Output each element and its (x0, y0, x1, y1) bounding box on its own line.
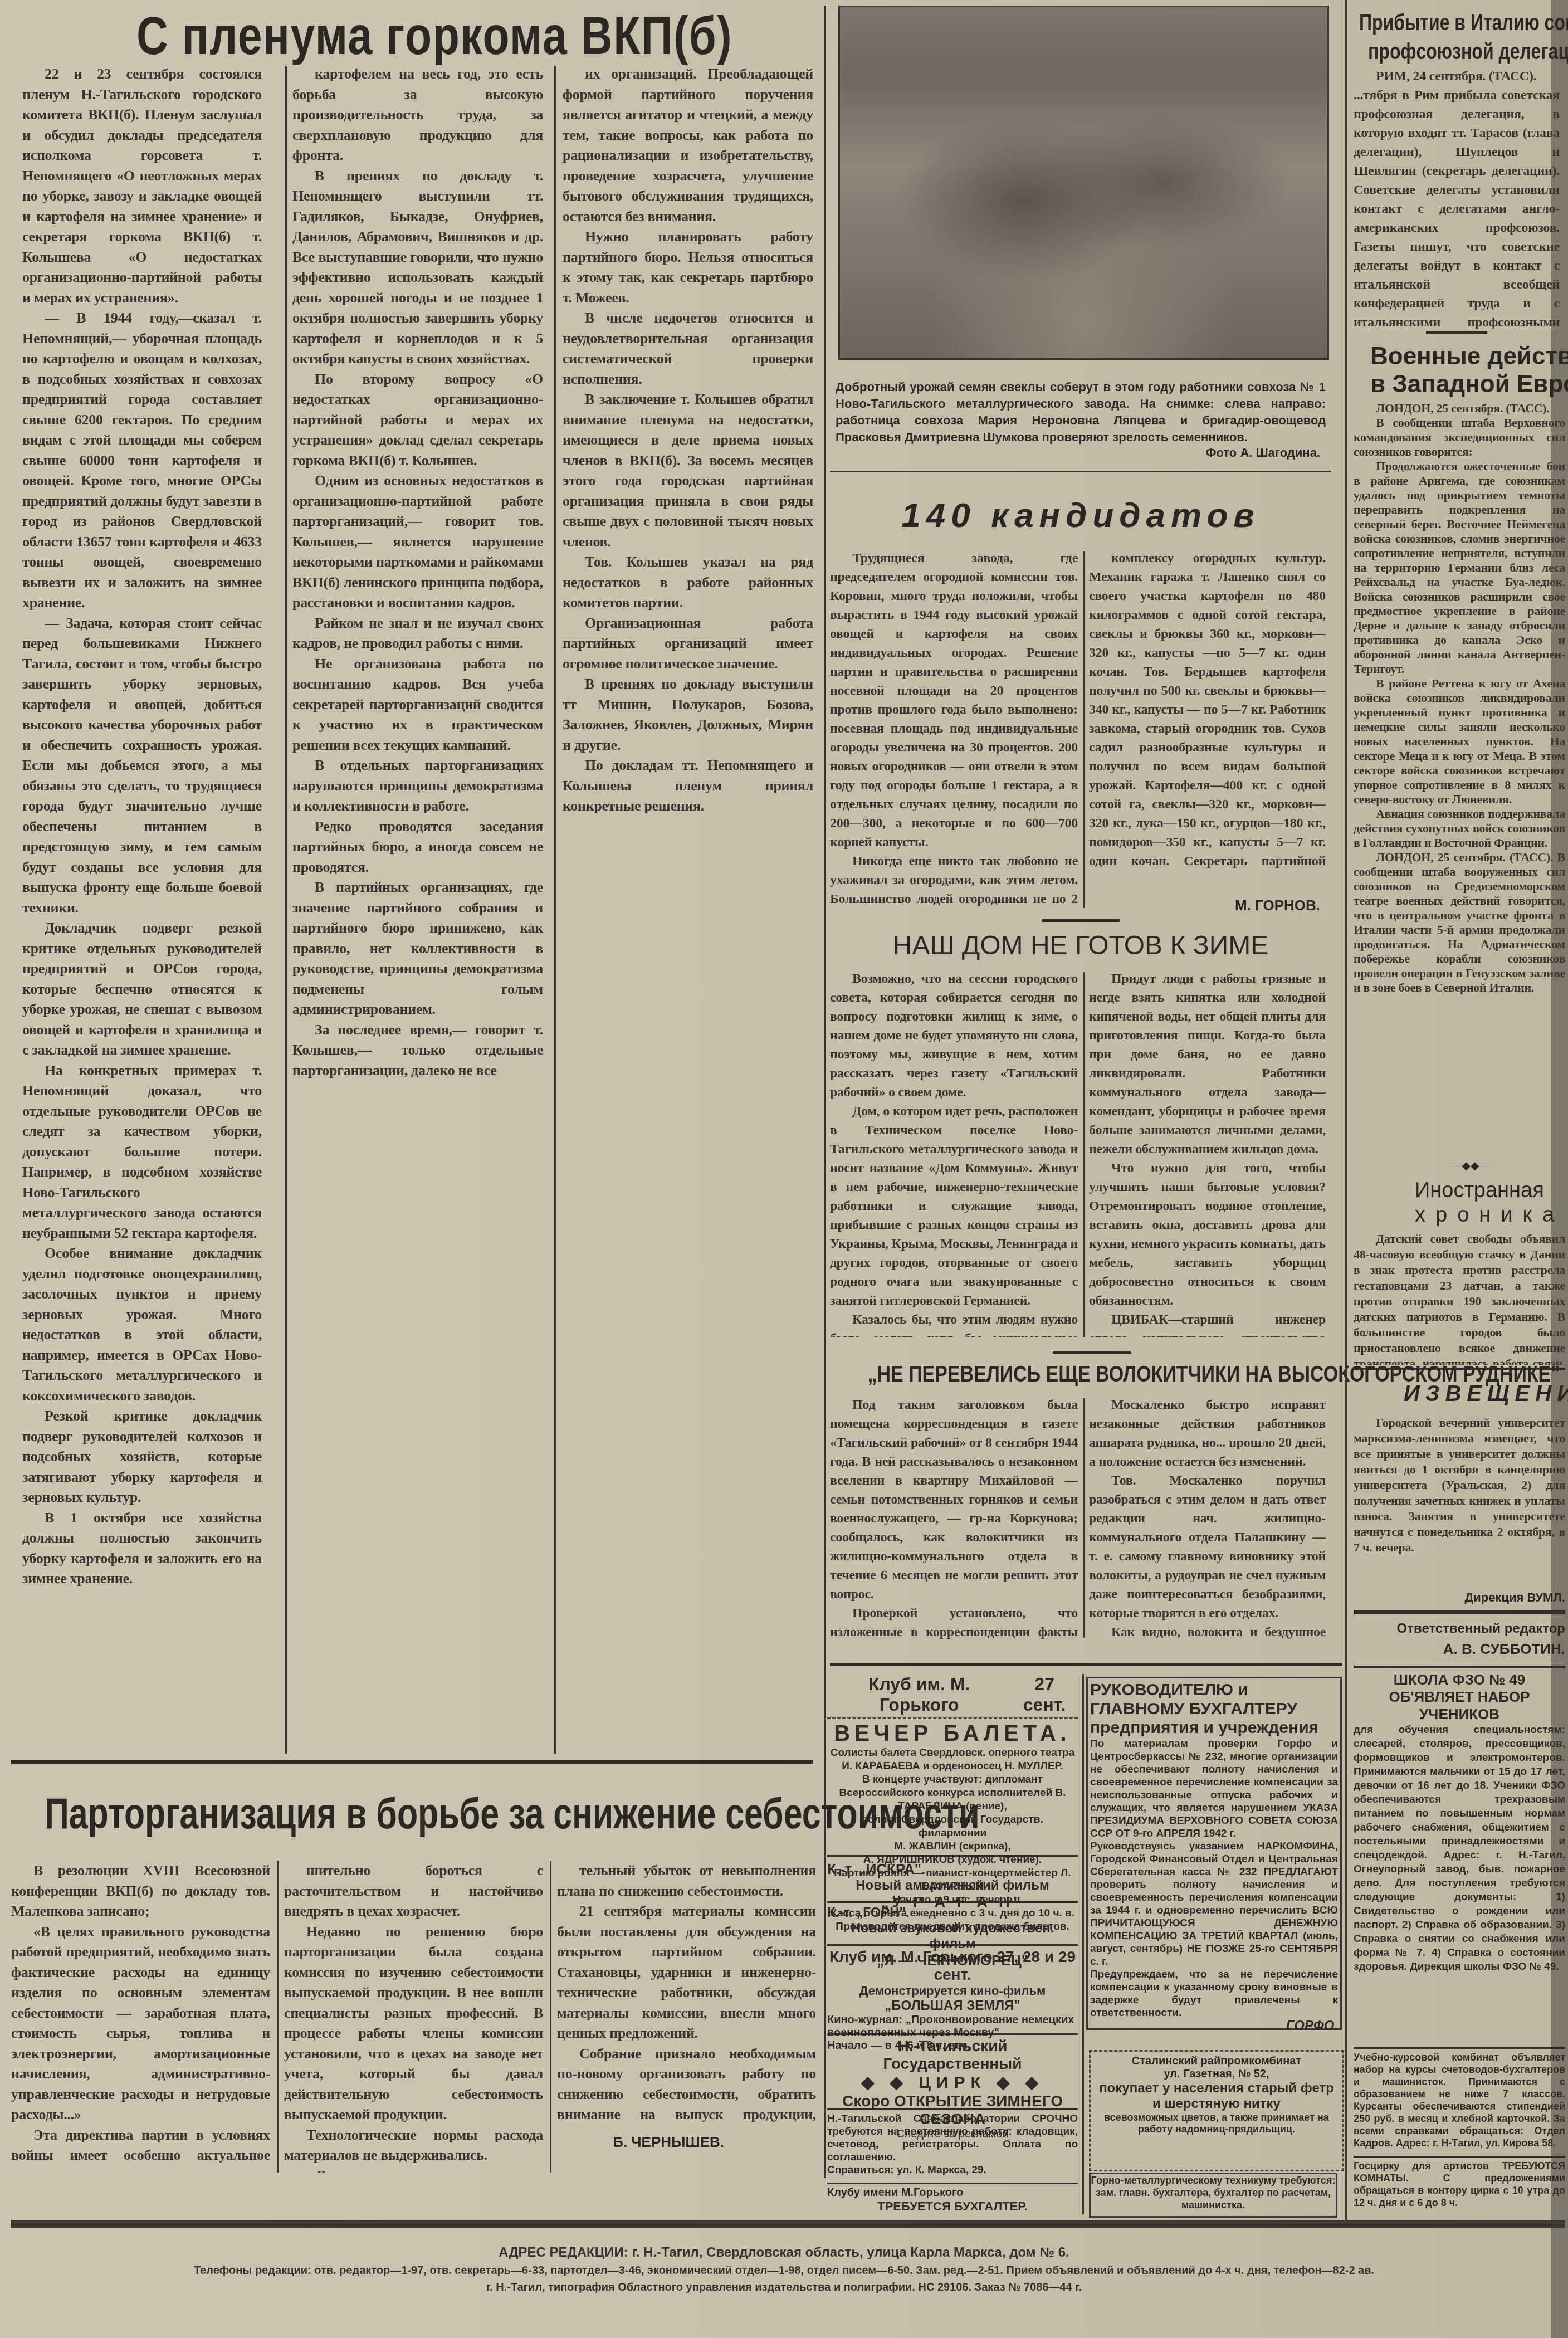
partorg-column-3: тельный убыток от невыполнения плана по … (557, 1861, 816, 2122)
short-divider (1042, 919, 1120, 922)
paragraph: В числе недочетов относится и неудовлетв… (563, 308, 813, 389)
paragraph: Резкой критике докладчик подверг руковод… (22, 1406, 262, 1508)
column-rule (1083, 1398, 1085, 1638)
photo-caption: Добротный урожай семян свеклы соберут в … (836, 379, 1326, 446)
gorky-film-line: Демонстрируется кино-фильм (827, 1984, 1078, 1998)
column-rule (550, 1861, 551, 2173)
candidates-headline: 140 кандидатов (836, 496, 1326, 535)
paragraph: Райком не знал и не изучал своих кадров,… (292, 613, 543, 654)
paragraph: Продолжаются ожесточенные бои в районе А… (1354, 459, 1565, 676)
paragraph: В 1 октября все хозяйства должны полност… (22, 1508, 262, 1589)
italy-headline: Прибытие в Италию советской профсоюзной … (1359, 8, 1546, 66)
candidates-column-2: комплексу огородных культур. Механик гар… (1089, 549, 1326, 877)
ad-divider (1354, 2047, 1565, 2049)
paragraph: Тов. Москаленко поручил разобраться с эт… (1089, 1471, 1326, 1623)
paragraph: Редко проводятся заседания партийных бюр… (292, 817, 543, 878)
paragraph: ЦВИБАК—старший инженер отдела капитально… (1089, 1310, 1326, 1337)
editor-label: Ответственный редактор (1354, 1621, 1565, 1637)
gorfo-headline: РУКОВОДИТЕЛЮ и ГЛАВНОМУ БУХГАЛТЕРУ предп… (1090, 1681, 1338, 1737)
paragraph: — В 1944 году,—сказал т. Непомнящий,— уб… (22, 308, 262, 613)
military-headline-line1: Военные действия (1370, 343, 1568, 370)
paragraph: В заключение т. Колышев обратил внимание… (563, 389, 813, 552)
column-rule (1083, 551, 1085, 908)
ballet-line: И. КАРАБАЕВА и орденоносец Н. МУЛЛЕР. (827, 1760, 1078, 1773)
footer-address: АДРЕС РЕДАКЦИИ: г. Н.-Тагил, Свердловска… (0, 2245, 1568, 2261)
paragraph: Недавно по решению бюро парторганизации … (284, 1922, 543, 2125)
fzo-line2: ОБ'ЯВЛЯЕТ НАБОР УЧЕНИКОВ (1354, 1688, 1565, 1723)
accountant-line1: Клубу имени М.Горького (827, 2186, 1078, 2199)
partorg-column-1: В резолюции XVIII Всесоюзной конференции… (11, 1861, 270, 2173)
paragraph: Никогда еще никто так любовно не ухажива… (830, 852, 1078, 908)
raiprom-line2: ул. Газетная, № 52, (1094, 2068, 1339, 2081)
column-rule (277, 1861, 279, 2173)
gorky-film-venue: Клуб им. М. Горького 27, 28 и 29 сент. (827, 1948, 1078, 1984)
paragraph: «В целях правильного руководства работой… (11, 1922, 270, 2125)
paragraph: Особое внимание докладчик уделил подгото… (22, 1243, 262, 1406)
mine-column-1: Под таким заголовком была помещена корре… (830, 1395, 1078, 1641)
italy-article: РИМ, 24 сентября. (ТАСС). ...тября в Рим… (1354, 67, 1560, 329)
accountant-ad: Клубу имени М.Горького ТРЕБУЕТСЯ БУХГАЛТ… (827, 2186, 1078, 2214)
gorn-line: Новый звуковой художествен. фильм (827, 1921, 1078, 1952)
paragraph: 22 и 23 сентября состоялся пленум Н.-Таг… (22, 64, 262, 308)
paragraph: Нужно планировать работу партийного бюро… (563, 227, 813, 308)
paragraph: Как видно, волокита и бездушное отношени… (1089, 1623, 1326, 1641)
plenum-column-3: их организаций. Преобладающей формой пар… (563, 64, 813, 1755)
circus-title: ЦИРК (919, 2073, 986, 2092)
raiprom-line1: Сталинский райпромкомбинат (1094, 2055, 1339, 2068)
circus-rooms-ad: Госцирку для артистов ТРЕБУЮТСЯ КОМНАТЫ.… (1354, 2160, 1565, 2209)
paragraph: Проверкой установлено, что изложенные в … (830, 1604, 1078, 1641)
raiprom-line3: покупает у населения старый фетр и шерст… (1094, 2081, 1339, 2112)
ad-divider (1354, 2156, 1565, 2158)
ballet-venue: Клуб им. М. Горького (827, 1674, 1011, 1715)
column-rule (554, 66, 556, 1754)
ballet-line: солист Свердловской Государств. филармон… (827, 1813, 1078, 1840)
mine-column-2: Москаленко быстро исправят незаконные де… (1089, 1395, 1326, 1641)
gorky-film-extra: Кино-журнал: „Проконвоирование немецких … (827, 2014, 1078, 2039)
paragraph: Собрание признало необходимым по-новому … (557, 2044, 816, 2123)
military-headline: Военные действия в Западной Европе (1370, 343, 1568, 398)
section-rule (824, 6, 826, 2178)
italy-body: ...тября в Рим прибыла советская профсою… (1354, 86, 1560, 329)
italy-headline-line1: Прибытие в Италию советской (1359, 8, 1546, 37)
gorn-cinema: К.-т. „ГОРН". (827, 1905, 1078, 1921)
fzo-ad: ШКОЛА ФЗО № 49 ОБ'ЯВЛЯЕТ НАБОР УЧЕНИКОВ … (1354, 1671, 1565, 1974)
column-rule (285, 66, 287, 1754)
paragraph: Одним из основных недостатков в организа… (292, 471, 543, 613)
paragraph: Докладчик подверг резкой критике отдельн… (22, 918, 262, 1061)
plenum-column-1: 22 и 23 сентября состоялся пленум Н.-Таг… (22, 64, 262, 1755)
paragraph: Дом, о котором идет речь, расположен в Т… (830, 1102, 1078, 1310)
circus-line1: Н.-Тагильский Государственный (827, 2037, 1078, 2073)
paragraph: Возможно, что на сессии городского совет… (830, 969, 1078, 1102)
ballet-line: Солисты балета Свердловск. оперного теат… (827, 1746, 1078, 1760)
gorfo-notice: РУКОВОДИТЕЛЮ и ГЛАВНОМУ БУХГАЛТЕРУ предп… (1086, 1677, 1342, 2030)
section-divider (11, 1760, 813, 1764)
partorg-headline: Парторганизация в борьбе за снижение себ… (45, 1788, 653, 1839)
chronicle-article: Датский совет свободы объявил 48-часовую… (1354, 1231, 1565, 1365)
partorg-signature: Б. ЧЕРНЫШЕВ. (557, 2134, 724, 2151)
paragraph: В партийных организациях, где значение п… (292, 877, 543, 1020)
column-rule (1345, 0, 1347, 2223)
ballet-title: ВЕЧЕР БАЛЕТА. (827, 1721, 1078, 1746)
paragraph: В отдельных парторганизациях нарушаются … (292, 755, 543, 817)
paragraph: комплексу огородных культур. Механик гар… (1089, 549, 1326, 877)
fzo-line1: ШКОЛА ФЗО № 49 (1354, 1671, 1565, 1688)
notice-body: Городской вечерний университет марксизма… (1354, 1415, 1565, 1555)
paragraph: картофелем на весь год, это есть борьба … (292, 64, 543, 166)
ad-divider (827, 1901, 1078, 1903)
iskra-ad: К.-т. „ИСКРА". Новый американский фильм … (827, 1861, 1078, 1911)
education-ad: Учебно-курсовой комбинат объявляет набор… (1354, 2051, 1565, 2149)
ornament-divider: —◆◆— (1443, 1159, 1498, 1173)
military-article: ЛОНДОН, 25 сентября. (ТАСС). В сообщении… (1354, 401, 1565, 1159)
paragraph: Под таким заголовком была помещена корре… (830, 1395, 1078, 1604)
photo-credit: Фото А. Шагодина. (1058, 446, 1320, 460)
ad-divider (827, 2033, 1078, 2035)
notice-article: Городской вечерний университет марксизма… (1354, 1415, 1565, 1582)
paragraph: По второму вопросу «О недостатках органи… (292, 369, 543, 471)
paragraph: По докладам тт. Непомнящего и Колышева п… (563, 755, 813, 817)
ad-divider (827, 2183, 1078, 2184)
column-rule (1083, 972, 1085, 1337)
plenum-headline: С пленума горкома ВКП(б) (136, 6, 767, 67)
ballet-line: В концерте участвуют: дипломант Всеросси… (827, 1773, 1078, 1813)
paragraph: Придут люди с работы грязные и негде взя… (1089, 969, 1326, 1159)
ad-divider (827, 1944, 1078, 1946)
footer-phones: Телефоны редакции: отв. редактор—1-97, о… (0, 2264, 1568, 2277)
section-divider (830, 1663, 1342, 1666)
ad-divider (827, 2108, 1078, 2110)
italy-dateline: РИМ, 24 сентября. (ТАСС). (1354, 67, 1560, 86)
paragraph: 21 сентября материалы комиссии были пост… (557, 1901, 816, 2044)
fzo-body: для обучения специальностям: слесарей, с… (1354, 1723, 1565, 1974)
partorg-column-2: шительно бороться с расточительством и н… (284, 1861, 543, 2173)
notice-signature: Дирекция ВУМЛ. (1354, 1590, 1565, 1605)
gorfo-body3: Предупреждаем, что за не перечисление ко… (1090, 1968, 1338, 2019)
footer-printer: г. Н.-Тагил, типография Областного управ… (0, 2281, 1568, 2294)
notice-headline: ИЗВЕЩЕНИЕ (1404, 1382, 1568, 1407)
gorfo-body2: Руководствуясь указанием НАРКОМФИНА, Гор… (1090, 1840, 1338, 1968)
iskra-cinema: К.-т. „ИСКРА". (827, 1861, 1078, 1878)
winter-column-2: Придут люди с работы грязные и негде взя… (1089, 969, 1326, 1337)
paragraph: Авиация союзников поддерживала действия … (1354, 807, 1565, 850)
paragraph: — Задача, которая стоит сейчас перед бол… (22, 613, 262, 919)
paragraph: Тов. Колышев указал на ряд недостатков в… (563, 552, 813, 613)
paragraph: В прениях по докладу т. Непомнящего выст… (292, 166, 543, 369)
short-divider (1053, 1351, 1131, 1354)
section-divider (1354, 1610, 1565, 1614)
lab-ad: Н.-Тагильской Санбаклаборатории СРОЧНО т… (827, 2112, 1078, 2176)
paragraph: ...Все это привело к тому, что завод за … (284, 2166, 543, 2173)
section-divider (830, 471, 1331, 472)
section-divider (1354, 1368, 1565, 1370)
italy-headline-line2: профсоюзной делегации (1359, 37, 1546, 66)
candidates-column-1: Трудящиеся завода, где председателем ого… (830, 549, 1078, 908)
paragraph: В районе Реттена к югу от Ахена войска с… (1354, 676, 1565, 807)
chronicle-headline-line1: Иностранная (1415, 1178, 1568, 1203)
paragraph: Эта директива партии в условиях войны им… (11, 2125, 270, 2173)
column-rule (1082, 1674, 1084, 2214)
paragraph: ЛОНДОН, 25 сентября. (ТАСС). В сообщении… (1354, 850, 1565, 995)
editor-name: А. В. СУББОТИН. (1354, 1641, 1565, 1658)
paragraph: Организационная работа партийных организ… (563, 613, 813, 675)
paragraph: Что нужно для того, чтобы улучшить наши … (1089, 1159, 1326, 1310)
harvest-photo (838, 6, 1329, 360)
technikum-ad: Горно-металлургическому техникуму требую… (1089, 2173, 1337, 2218)
lab-address: Справиться: ул. К. Маркса, 29. (827, 2164, 1078, 2176)
ballet-line: М. ЖАВЛИН (скрипка), (827, 1840, 1078, 1853)
ad-divider (827, 1855, 1078, 1857)
paragraph: шительно бороться с расточительством и н… (284, 1861, 543, 1922)
gorfo-body: По материалам проверки Горфо и Центросбе… (1090, 1737, 1338, 1840)
military-headline-line2: в Западной Европе (1370, 370, 1568, 398)
paragraph: их организаций. Преобладающей формой пар… (563, 64, 813, 227)
footer-rule (11, 2220, 1565, 2228)
chronicle-headline-line2: хроника (1415, 1203, 1568, 1227)
mine-headline: „НЕ ПЕРЕВЕЛИСЬ ЕЩЕ ВОЛОКИТЧИКИ НА ВЫСОКО… (868, 1362, 1294, 1387)
lab-text: Н.-Тагильской Санбаклаборатории СРОЧНО т… (827, 2113, 1078, 2163)
iskra-line: Новый американский фильм (827, 1878, 1078, 1893)
paragraph: тельный убыток от невыполнения плана по … (557, 1861, 816, 1901)
paragraph: Трудящиеся завода, где председателем ого… (830, 549, 1078, 852)
winter-headline: НАШ ДОМ НЕ ГОТОВ К ЗИМЕ (830, 930, 1331, 961)
paragraph: Не организована работа по воспитанию кад… (292, 654, 543, 756)
paragraph: В прениях по докладу выступили тт Мишин,… (563, 674, 813, 755)
paragraph: В сообщении штаба Верховного командовани… (1354, 416, 1565, 459)
paragraph: На конкретных примерах т. Непомнящий док… (22, 1061, 262, 1244)
raiprom-ad: Сталинский райпромкомбинат ул. Газетная,… (1089, 2050, 1344, 2171)
winter-column-1: Возможно, что на сессии городского совет… (830, 969, 1078, 1337)
candidates-signature: М. ГОРНОВ. (1159, 897, 1320, 914)
military-dateline: ЛОНДОН, 25 сентября. (ТАСС). (1354, 401, 1565, 416)
circus-line2: ◆ ◆ ЦИРК ◆ ◆ (827, 2073, 1078, 2092)
accountant-line2: ТРЕБУЕТСЯ БУХГАЛТЕР. (827, 2199, 1078, 2214)
ballet-date: 27 сент. (1011, 1674, 1078, 1715)
chronicle-body: Датский совет свободы объявил 48-часовую… (1354, 1231, 1565, 1365)
paragraph: Москаленко быстро исправят незаконные де… (1089, 1395, 1326, 1471)
section-divider (1354, 1666, 1565, 1668)
paragraph: Казалось бы, что этим людям нужно было с… (830, 1310, 1078, 1337)
plenum-column-2: картофелем на весь год, это есть борьба … (292, 64, 543, 1755)
raiprom-line4: всевозможных цветов, а также принимает н… (1094, 2112, 1339, 2135)
paragraph: Технологические нормы расхода материалов… (284, 2125, 543, 2166)
paragraph: За последнее время,— говорит т. Колышев,… (292, 1020, 543, 1081)
paragraph: В резолюции XVIII Всесоюзной конференции… (11, 1861, 270, 1922)
gorfo-signature: ГОРФО. (1090, 2019, 1338, 2032)
chronicle-headline: Иностранная хроника (1415, 1178, 1568, 1227)
gorky-film-ad: Клуб им. М. Горького 27, 28 и 29 сент. Д… (827, 1948, 1078, 2052)
short-divider (1426, 331, 1487, 334)
gorky-film-title: „БОЛЬШАЯ ЗЕМЛЯ" (827, 1998, 1078, 2014)
